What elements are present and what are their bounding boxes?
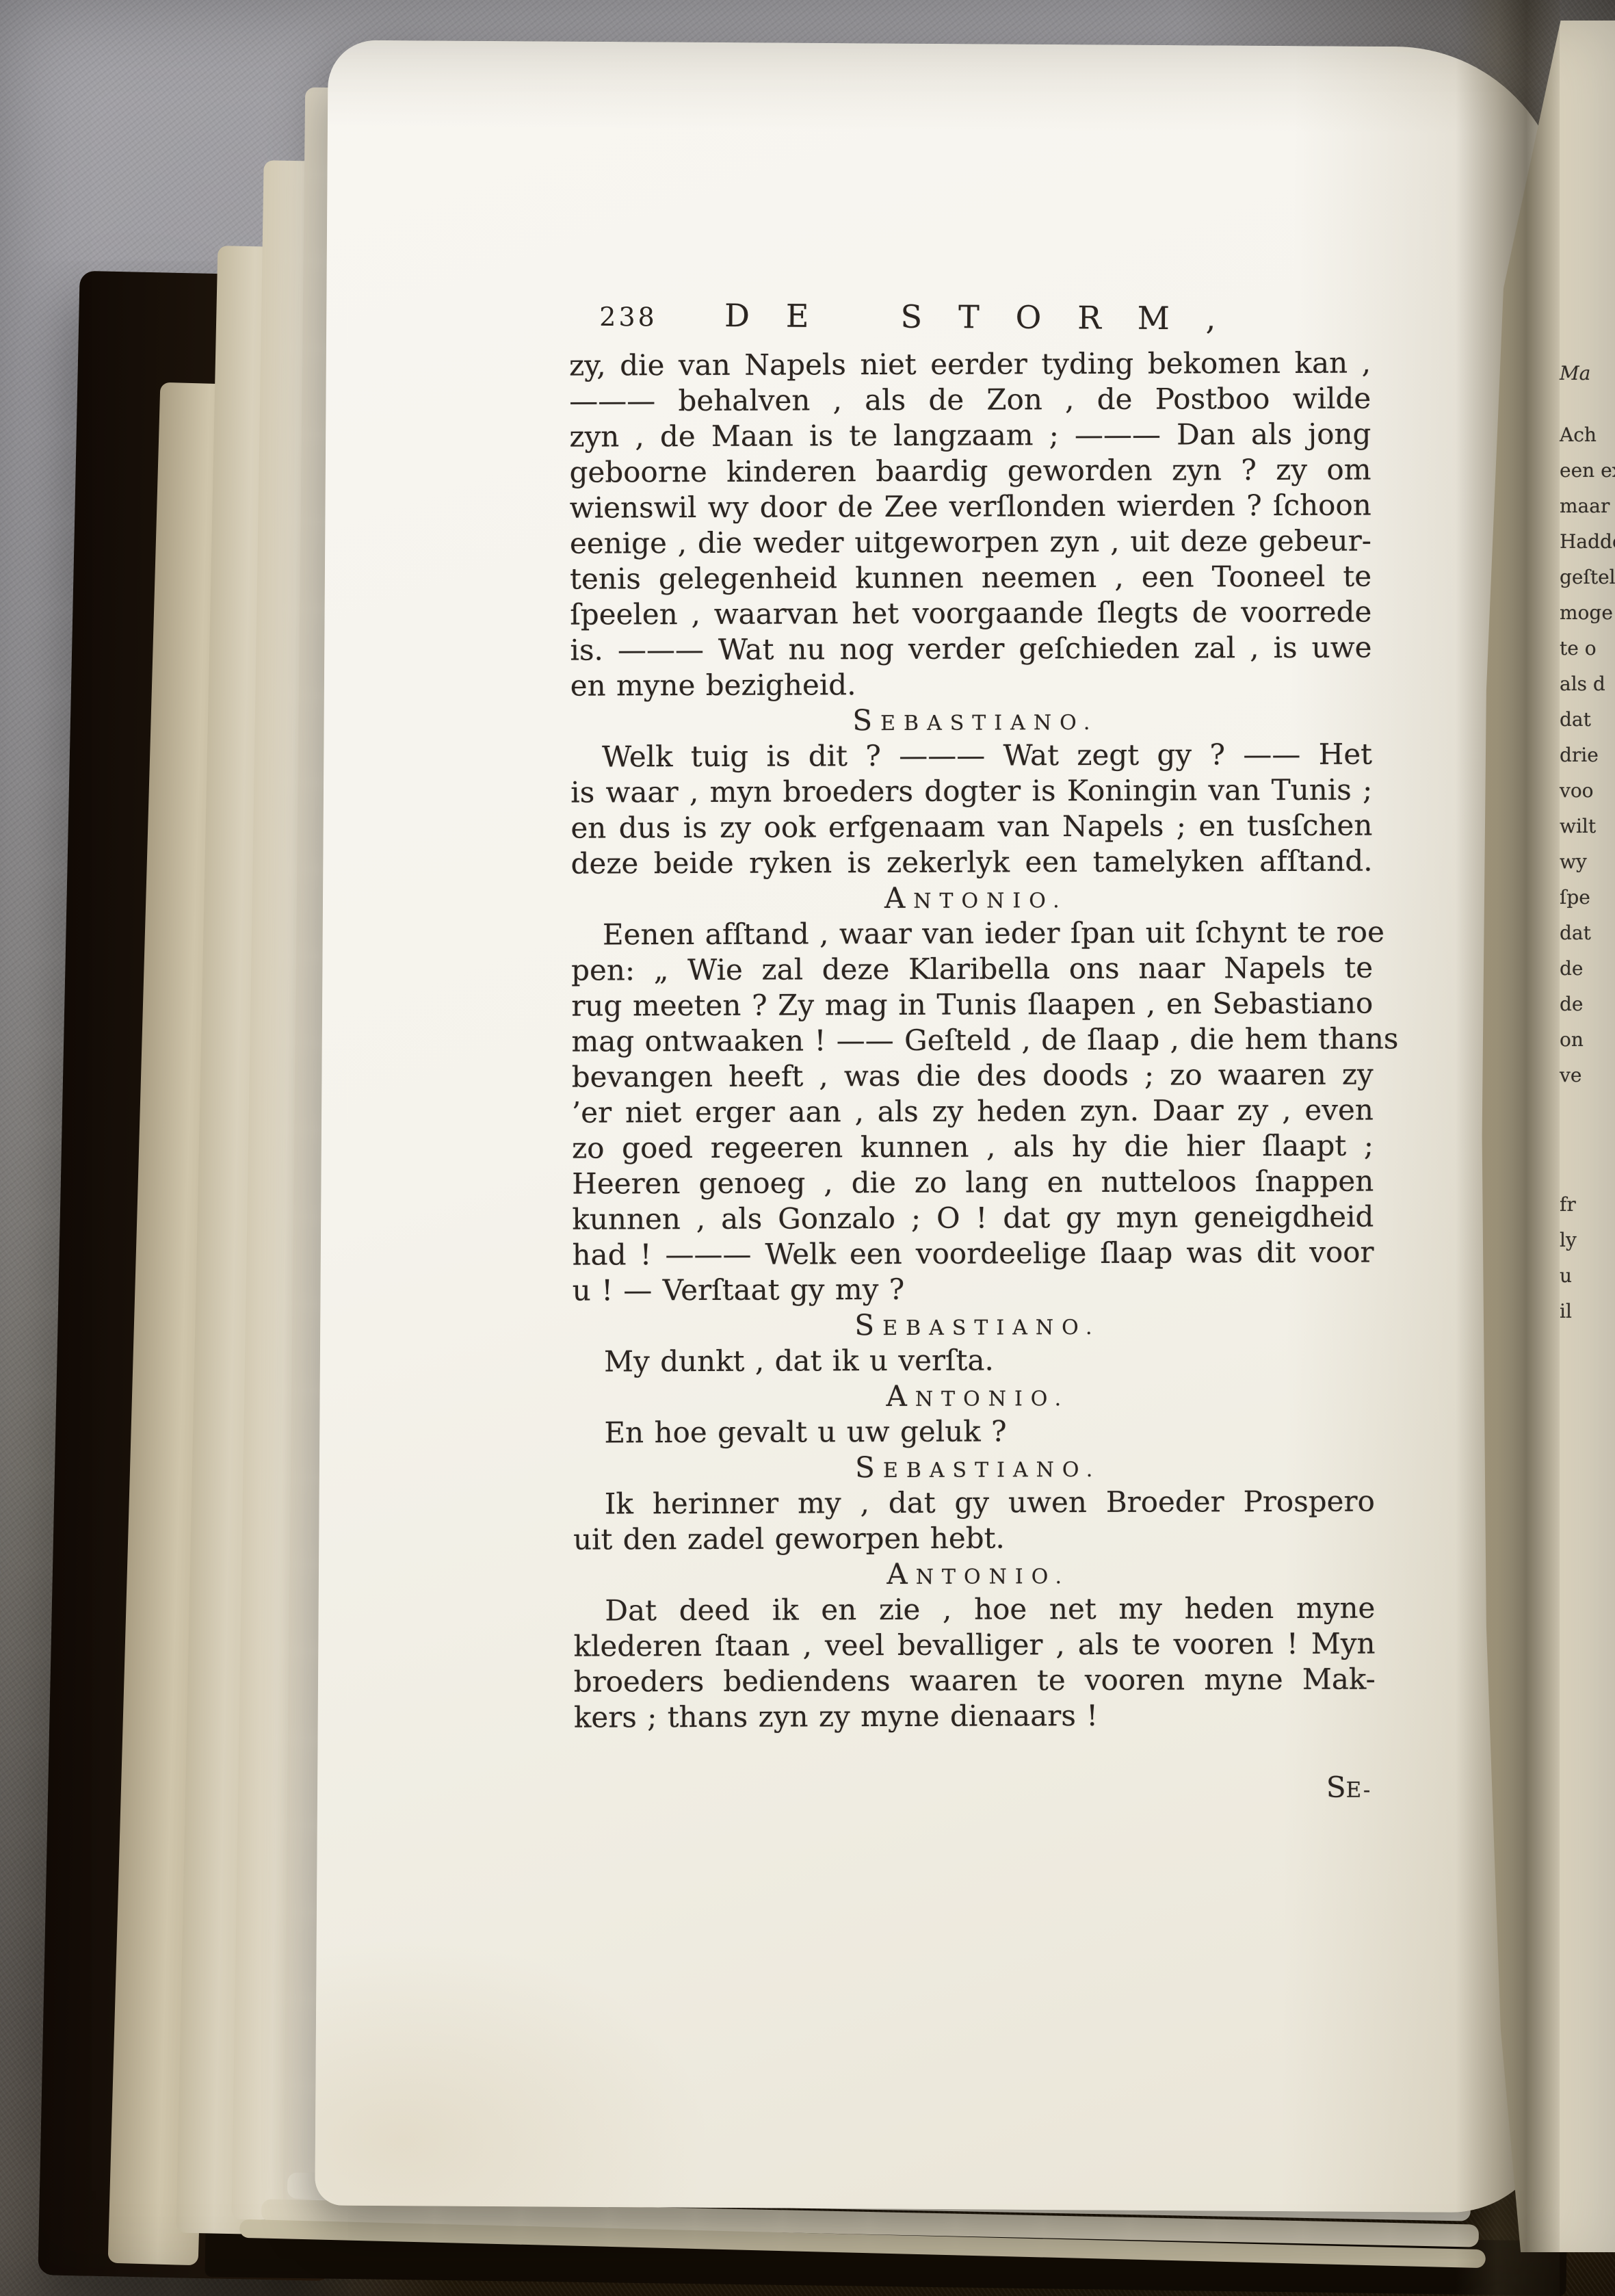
fragment-line: wilt — [1560, 809, 1615, 844]
text-line: had ! ——— Welk een voordeelige ſlaap was… — [572, 1235, 1374, 1273]
fragment-line: il — [1560, 1294, 1615, 1329]
body-text: zy, die van Napels niet eerder tyding be… — [569, 345, 1376, 1808]
text-line: En hoe gevalt u uw geluk ? — [573, 1413, 1374, 1451]
catchword: SE- — [574, 1770, 1376, 1808]
fragment-line: dat — [1560, 702, 1615, 738]
text-line: Welk tuig is dit ? ——— Wat zegt gy ? —— … — [570, 737, 1372, 775]
fragment-line: maar i — [1560, 488, 1615, 524]
text-line: en dus is zy ook erfgenaam van Napels ; … — [570, 808, 1372, 846]
text-line: geboorne kinderen baardig geworden zyn ?… — [569, 452, 1371, 491]
fragment-line: Hadde — [1560, 524, 1615, 560]
text-line: Heeren genoeg , die zo lang en nutteloos… — [572, 1164, 1374, 1202]
text-line: My dunkt , dat ik u verſta. — [573, 1342, 1374, 1380]
fragment-line: drie — [1560, 738, 1615, 773]
text-line: zyn , de Maan is te langzaam ; ——— Dan a… — [569, 417, 1371, 455]
text-line: zo goed regeeren kunnen , als hy die hie… — [572, 1128, 1374, 1166]
fragment-line: Ach — [1560, 417, 1615, 453]
text-line: u ! — Verſtaat gy my ? — [573, 1270, 1374, 1309]
speaker-rest: EBASTIANO. — [880, 711, 1098, 735]
text-line: kunnen , als Gonzalo ; O ! dat gy myn ge… — [572, 1199, 1374, 1238]
facing-page-text-fragments: MaAcheen exmaar iHaddegeſtelmogete oals … — [1560, 356, 1615, 1329]
fragment-line: als d — [1560, 666, 1615, 702]
text-line: Ik herinner my , dat gy uwen Broeder Pro… — [573, 1484, 1375, 1522]
speaker-heading: ANTONIO. — [571, 879, 1373, 917]
fragment-line: u — [1560, 1258, 1615, 1294]
fragment-line: ve — [1560, 1058, 1615, 1093]
speaker-initial: A — [886, 1379, 915, 1413]
text-line: is. ——— Wat nu nog verder geſchieden zal… — [570, 630, 1371, 668]
fragment-line: ly — [1560, 1223, 1615, 1258]
speaker-initial: S — [854, 1308, 882, 1342]
speaker-heading: SEBASTIANO. — [570, 701, 1372, 740]
speaker-rest: NTONIO. — [913, 889, 1067, 913]
left-page: 238 DE STORM, zy, die van Napels niet ee… — [315, 40, 1566, 2213]
text-line: kers ; thans zyn zy myne dienaars ! — [574, 1697, 1376, 1736]
text-line: mag ontwaaken ! —— Geſteld , de ſlaap , … — [571, 1021, 1373, 1060]
fragment-line: de — [1560, 987, 1615, 1022]
speaker-initial: A — [887, 1557, 916, 1591]
text-line: Eenen afſtand , waar van ieder ſpan uit … — [571, 915, 1373, 953]
text-line: broeders bediendens waaren te vooren myn… — [574, 1662, 1376, 1700]
speaker-heading: ANTONIO. — [573, 1555, 1375, 1593]
speaker-rest: EBASTIANO. — [883, 1458, 1101, 1483]
fragment-line: de — [1560, 951, 1615, 987]
speaker-initial: S — [852, 703, 880, 737]
text-line: zy, die van Napels niet eerder tyding be… — [569, 345, 1371, 384]
fragment-line: fr — [1560, 1187, 1615, 1223]
fragment-line: een ex — [1560, 453, 1615, 488]
running-header-title: DE STORM, — [569, 296, 1371, 338]
fragment-line: wy — [1560, 844, 1615, 880]
speaker-heading: SEBASTIANO. — [573, 1306, 1374, 1344]
fragment-line: Ma — [1560, 356, 1615, 391]
text-line: wienswil wy door de Zee verſlonden wierd… — [570, 488, 1371, 526]
fragment-line: ſpe — [1560, 880, 1615, 915]
fragment-line: geſtel — [1560, 560, 1615, 595]
text-line: Dat deed ik en zie , hoe net my heden my… — [573, 1591, 1375, 1629]
text-line: klederen ſtaan , veel bevalliger , als t… — [573, 1626, 1375, 1665]
catchword-initial: S — [1326, 1771, 1346, 1804]
speaker-rest: EBASTIANO. — [882, 1316, 1100, 1340]
text-line: ſpeelen , waarvan het voorgaande ſlegts … — [570, 595, 1371, 633]
text-line: rug meeten ? Zy mag in Tunis ſlaapen , e… — [571, 986, 1373, 1024]
text-line: is waar , myn broeders dogter is Koningi… — [570, 772, 1372, 811]
running-head-row: 238 DE STORM, — [569, 296, 1371, 343]
gutter-shadow — [1456, 0, 1560, 2296]
fragment-line: dat — [1560, 915, 1615, 951]
fragment-line: moge — [1560, 595, 1615, 631]
fragment-line: on — [1560, 1022, 1615, 1058]
speaker-initial: S — [855, 1450, 883, 1484]
catchword-rest: E- — [1346, 1778, 1372, 1803]
fragment-line: te o — [1560, 631, 1615, 666]
text-line: bevangen heeft , was die des doods ; zo … — [572, 1057, 1374, 1095]
page-number: 238 — [599, 302, 657, 332]
text-line: tenis gelegenheid kunnen neemen , een To… — [570, 559, 1371, 597]
text-line: ——— behalven , als de Zon , de Postboo w… — [569, 381, 1371, 419]
text-line: en myne bezigheid. — [570, 666, 1372, 704]
fragment-line: voo — [1560, 773, 1615, 809]
text-line: eenige , die weder uitgeworpen zyn , uit… — [570, 523, 1371, 562]
speaker-heading: SEBASTIANO. — [573, 1448, 1375, 1487]
speaker-initial: A — [884, 881, 914, 915]
photo-of-open-book: 238 DE STORM, zy, die van Napels niet ee… — [0, 0, 1615, 2296]
speaker-rest: NTONIO. — [916, 1565, 1070, 1589]
text-line: pen: „ Wie zal deze Klaribella ons naar … — [571, 950, 1373, 989]
speaker-heading: ANTONIO. — [573, 1377, 1374, 1416]
text-line: deze beide ryken is zekerlyk een tamelyk… — [570, 844, 1372, 882]
text-line: uit den zadel geworpen hebt. — [573, 1519, 1375, 1558]
speaker-rest: NTONIO. — [915, 1387, 1069, 1411]
text-line: ’er niet erger aan , als zy heden zyn. D… — [572, 1093, 1374, 1131]
